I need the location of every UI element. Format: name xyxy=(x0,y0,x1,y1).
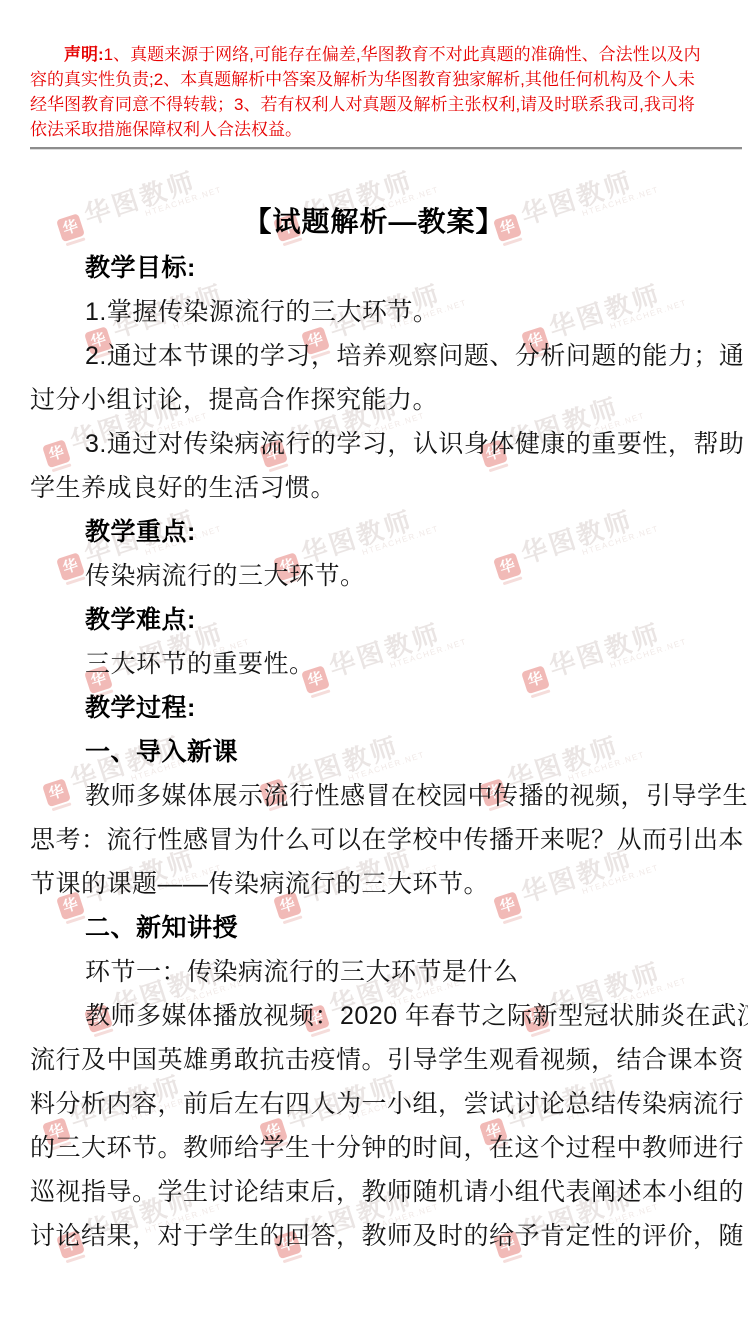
disclaimer-line: 声明:1、真题来源于网络,可能存在偏差,华图教育不对此真题的准确性、合法性以及内 xyxy=(30,42,722,67)
doc-line: 料分析内容，前后左右四人为一小组，尝试讨论总结传染病流行 xyxy=(30,1082,722,1126)
doc-line: 巡视指导。学生讨论结束后，教师随机请小组代表阐述本小组的 xyxy=(30,1170,722,1214)
doc-line: 教学过程: xyxy=(30,686,722,730)
doc-line: 教师多媒体播放视频：2020 年春节之际新型冠状肺炎在武汉 xyxy=(30,994,722,1038)
document-body: 教学目标:1.掌握传染源流行的三大环节。2.通过本节课的学习，培养观察问题、分析… xyxy=(30,246,722,1258)
doc-line: 过分小组讨论，提高合作探究能力。 xyxy=(30,378,722,422)
disclaimer-line: 依法采取措施保障权利人合法权益。 xyxy=(30,117,722,142)
document-page: 华华图教师HTEACHER.NET华华图教师HTEACHER.NET华华图教师H… xyxy=(0,0,748,1335)
disclaimer-line: 经华图教育同意不得转载；3、若有权利人对真题及解析主张权利,请及时联系我司,我司… xyxy=(30,92,722,117)
doc-line: 二、新知讲授 xyxy=(30,906,722,950)
doc-line: 3.通过对传染病流行的学习，认识身体健康的重要性，帮助 xyxy=(30,422,722,466)
doc-line: 学生养成良好的生活习惯。 xyxy=(30,466,722,510)
doc-line: 环节一：传染病流行的三大环节是什么 xyxy=(30,950,722,994)
doc-line: 流行及中国英雄勇敢抗击疫情。引导学生观看视频，结合课本资 xyxy=(30,1038,722,1082)
disclaimer-line: 容的真实性负责;2、本真题解析中答案及解析为华图教育独家解析,其他任何机构及个人… xyxy=(30,67,722,92)
doc-line: 的三大环节。教师给学生十分钟的时间，在这个过程中教师进行 xyxy=(30,1126,722,1170)
doc-line: 三大环节的重要性。 xyxy=(30,642,722,686)
doc-line: 教学目标: xyxy=(30,246,722,290)
disclaimer-text: 1、真题来源于网络,可能存在偏差,华图教育不对此真题的准确性、合法性以及内 xyxy=(104,45,701,64)
doc-line: 教学重点: xyxy=(30,510,722,554)
doc-line: 1.掌握传染源流行的三大环节。 xyxy=(30,290,722,334)
doc-line: 2.通过本节课的学习，培养观察问题、分析问题的能力；通 xyxy=(30,334,722,378)
doc-line: 思考：流行性感冒为什么可以在学校中传播开来呢？从而引出本 xyxy=(30,818,722,862)
doc-line: 教师多媒体展示流行性感冒在校园中传播的视频，引导学生 xyxy=(30,774,722,818)
page-title: 【试题解析—教案】 xyxy=(0,203,748,241)
doc-line: 教学难点: xyxy=(30,598,722,642)
doc-line: 讨论结果，对于学生的回答，教师及时的给予肯定性的评价，随 xyxy=(30,1214,722,1258)
doc-line: 传染病流行的三大环节。 xyxy=(30,554,722,598)
doc-line: 一、导入新课 xyxy=(30,730,722,774)
disclaimer: 声明:1、真题来源于网络,可能存在偏差,华图教育不对此真题的准确性、合法性以及内… xyxy=(30,42,722,142)
doc-line: 节课的课题——传染病流行的三大环节。 xyxy=(30,862,722,906)
disclaimer-label: 声明: xyxy=(64,45,104,64)
header-separator xyxy=(30,147,742,150)
